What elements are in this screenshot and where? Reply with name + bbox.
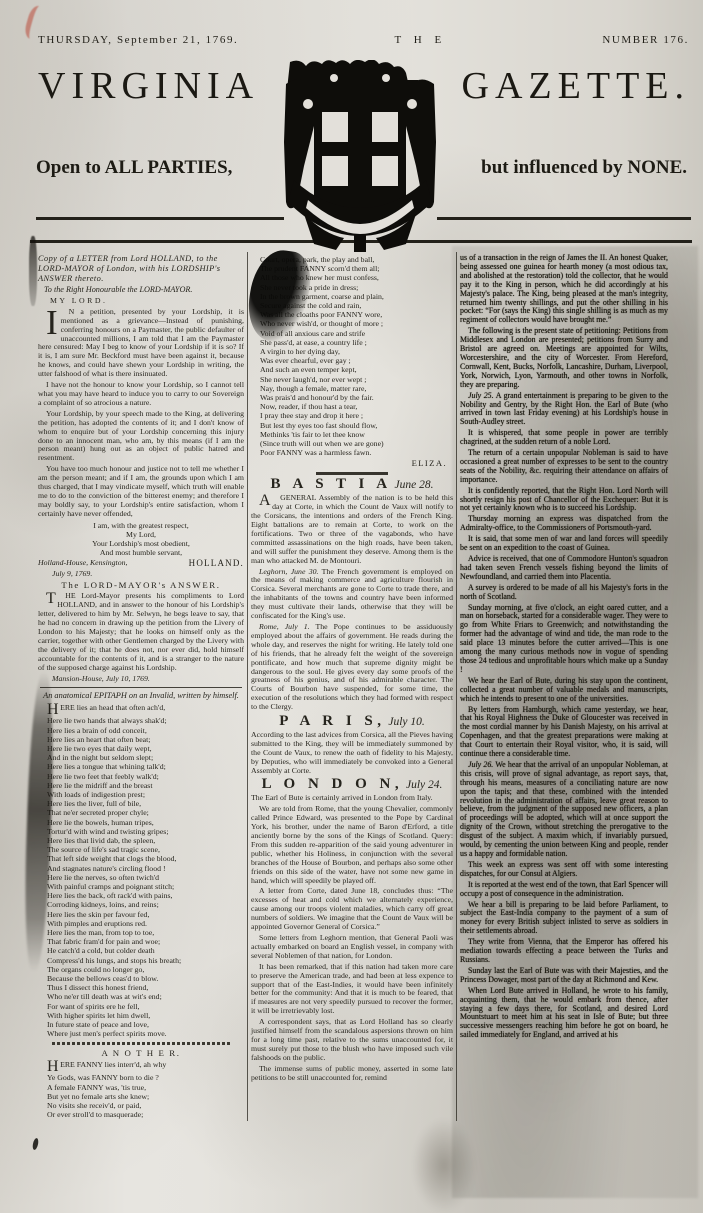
salutation: MY LORD. <box>38 297 244 306</box>
news-paragraph: Some letters from Leghorn mention, that … <box>251 934 453 961</box>
news-paragraph: Advice is received, that one of Commodor… <box>460 555 668 582</box>
news-paragraph: Sunday morning, at five o'clock, an eigh… <box>460 604 668 675</box>
news-paragraph: Leghorn, June 30. The French government … <box>251 568 453 621</box>
news-paragraph: According to the last advices from Corsi… <box>251 731 453 776</box>
masthead-rule-left <box>36 217 284 220</box>
poem-signature: ELIZA. <box>251 459 453 468</box>
letter-closing: I am, with the greatest respect,My Lord,… <box>38 521 244 557</box>
news-paragraph: The following is the present state of pe… <box>460 327 668 389</box>
news-paragraph: July 26. We hear that the arrival of an … <box>460 761 668 859</box>
news-paragraph: A letter from Corte, dated June 18, conc… <box>251 887 453 932</box>
section-rule-short <box>316 472 388 475</box>
news-paragraph: By letters from Hamburgh, which came yes… <box>460 706 668 759</box>
news-paragraph: We are told from Rome, that the young Ch… <box>251 805 453 885</box>
news-paragraph: July 25. A grand entertainment is prepar… <box>460 392 668 428</box>
epitaph-heading: An anatomical EPITAPH on an Invalid, wri… <box>38 692 244 701</box>
news-paragraph: Rome, July 1. The Pope continues to be a… <box>251 623 453 712</box>
issue-date: THURSDAY, September 21, 1769. <box>38 34 238 46</box>
news-paragraph: This week an express was sent off with s… <box>460 861 668 879</box>
answer-heading: The LORD-MAYOR's ANSWER. <box>38 581 244 590</box>
motto-right: but influenced by NONE. <box>481 157 687 179</box>
news-paragraph: The immense sums of public money, assert… <box>251 1065 453 1083</box>
news-paragraph: Thursday morning an express was dispatch… <box>460 515 668 533</box>
answer-dateline: Mansion-House, July 10, 1769. <box>38 675 244 684</box>
issue-number: NUMBER 176. <box>602 34 689 46</box>
another-heading: A N O T H E R. <box>38 1049 244 1058</box>
column-2: Court, opera, park, the play and ball,Th… <box>249 252 455 1121</box>
masthead-rule-right <box>437 217 691 220</box>
answer-paragraph: THE Lord-Mayor presents his compliments … <box>38 592 244 672</box>
ink-speck <box>32 1138 39 1151</box>
article-heading: Copy of a LETTER from Lord HOLLAND, to t… <box>38 254 244 284</box>
london-headline: L O N D O N, July 24. <box>251 780 453 791</box>
news-paragraph: The Earl of Bute is certainly arrived in… <box>251 794 453 803</box>
news-paragraph: It is confidently reported, that the Rig… <box>460 487 668 514</box>
news-paragraph: A GENERAL Assembly of the nation is to b… <box>251 494 453 565</box>
paper-stain <box>412 1118 476 1213</box>
letter-paragraph: You have too much honour and justice not… <box>38 465 244 518</box>
news-paragraph: We hear a bill is preparing to be laid b… <box>460 901 668 937</box>
newspaper-page: THURSDAY, September 21, 1769. T H E NUMB… <box>0 0 703 1213</box>
masthead-gazette: GAZETTE. <box>462 64 690 108</box>
letter-paragraph: I have not the honour to know your Lords… <box>38 381 244 408</box>
news-paragraph: They write from Vienna, that the Emperor… <box>460 938 668 965</box>
article-subheading: To the Right Honourable the LORD-MAYOR. <box>38 286 244 295</box>
column-rule-1 <box>247 252 248 1121</box>
letter-paragraph: IN a petition, presented by your Lordshi… <box>38 308 244 379</box>
news-paragraph: A survey is ordered to be made of all hi… <box>460 584 668 602</box>
masthead-virginia: VIRGINIA <box>38 64 259 108</box>
news-paragraph: It is whispered, that some people in pow… <box>460 429 668 447</box>
royal-coat-of-arms-icon <box>284 60 436 252</box>
fanny-poem-continued: Court, opera, park, the play and ball,Th… <box>251 255 453 457</box>
column-3: us of a transaction in the reign of Jame… <box>458 252 670 1121</box>
the-word: T H E <box>395 34 447 46</box>
letter-paragraph: Your Lordship, by your speech made to th… <box>38 410 244 463</box>
motto-left: Open to ALL PARTIES, <box>36 157 232 179</box>
news-paragraph: Sunday last the Earl of Bute was with th… <box>460 967 668 985</box>
news-paragraph: us of a transaction in the reign of Jame… <box>460 254 668 325</box>
news-paragraph: It is reported at the west end of the to… <box>460 881 668 899</box>
news-paragraph: It has been remarked, that if this natio… <box>251 963 453 1016</box>
news-paragraph: We hear the Earl of Bute, during his sta… <box>460 677 668 704</box>
column-rule-2 <box>456 252 457 1121</box>
column-1: Copy of a LETTER from Lord HOLLAND, to t… <box>36 252 246 1121</box>
bastia-headline: B A S T I A June 28. <box>251 480 453 491</box>
news-paragraph: It is said, that some men of war and lan… <box>460 535 668 553</box>
paris-headline: P A R I S, July 10. <box>251 717 453 728</box>
news-paragraph: The return of a certain unpopular Noblem… <box>460 449 668 485</box>
letter-signature: Holland-House, Kensington,HOLLAND. <box>38 559 244 568</box>
body-columns: Copy of a LETTER from Lord HOLLAND, to t… <box>36 252 670 1121</box>
fanny-poem: HERE FANNY lies interr'd, ah whyYe Gods,… <box>38 1060 244 1119</box>
header-row: THURSDAY, September 21, 1769. T H E NUMB… <box>38 34 689 46</box>
news-paragraph: A correspondent says, that as Lord Holla… <box>251 1018 453 1063</box>
epitaph-poem: HERE lies an head that often ach'd,Here … <box>38 703 244 1038</box>
letter-date: July 9, 1769. <box>38 570 244 579</box>
section-rule <box>40 687 242 688</box>
news-paragraph: When Lord Bute arrived in Holland, he wr… <box>460 987 668 1040</box>
decorative-rule <box>52 1042 230 1045</box>
